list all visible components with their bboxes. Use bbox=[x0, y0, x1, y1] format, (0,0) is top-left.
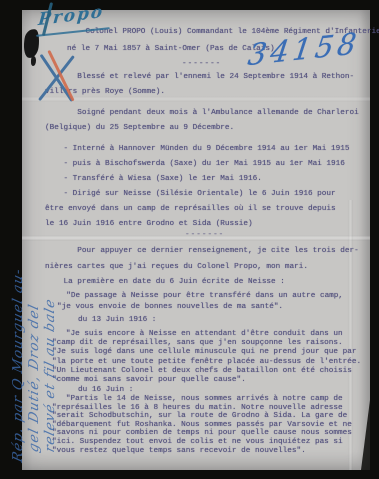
paragraph-wounded: Blessé et relevé par l'ennemi le 24 Sept… bbox=[45, 70, 354, 100]
margin-note-line: gel Dutié, Droz del bbox=[26, 208, 42, 454]
quote-card-june6: "De passage à Neisse pour être transféré… bbox=[57, 291, 343, 312]
margin-note-line: Rép. par Q Mourguel au- bbox=[10, 208, 26, 464]
separator-dashes: ------- bbox=[182, 58, 221, 70]
paragraph-ambulance: Soigné pendant deux mois à l'Ambulance a… bbox=[45, 106, 359, 136]
separator-dashes: ------- bbox=[185, 230, 224, 240]
handwritten-margin-note: Rép. par Q Mourguel au- gel Dutié, Droz … bbox=[10, 210, 58, 462]
quote-card-june13: "Je suis encore à Neisse en attendant d'… bbox=[52, 330, 361, 385]
paper-corner-shadow bbox=[361, 400, 370, 470]
quote-card-june16: "Partis le 14 de Neisse, nous sommes arr… bbox=[52, 395, 352, 455]
x-cross-mark bbox=[36, 52, 78, 102]
scanned-document-page: { "page": { "background_color": "#0d0d0b… bbox=[0, 0, 379, 479]
heading-june16: du 16 Juin : bbox=[78, 386, 133, 394]
paragraph-support: Pour appuyer ce dernier renseignement, j… bbox=[45, 244, 359, 291]
margin-note-line: relevé et fil au bale bbox=[42, 208, 58, 454]
internment-list: - Interné à Hannover Münden du 9 Décembr… bbox=[45, 142, 349, 232]
heading-june13: du 13 Juin 1916 : bbox=[78, 316, 156, 324]
